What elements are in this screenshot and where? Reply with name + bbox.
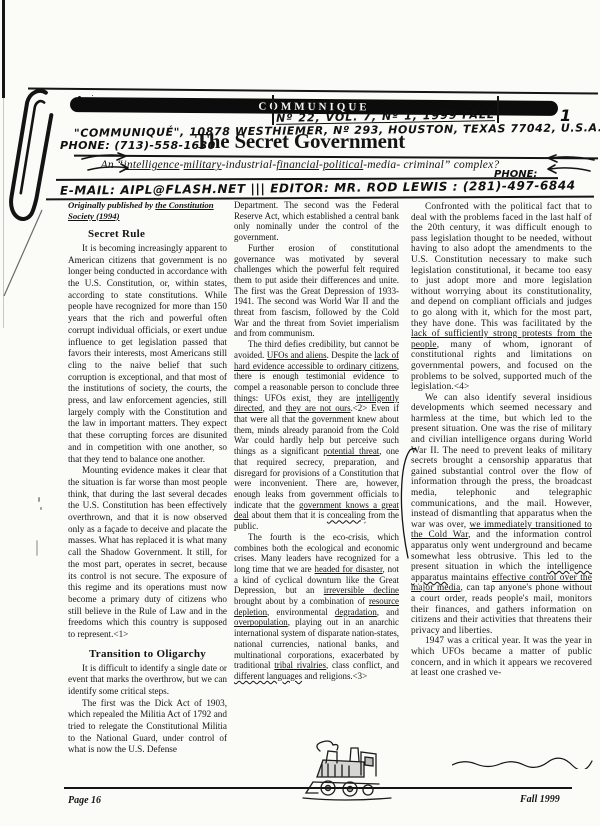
annotated-text: irreversible decline: [324, 585, 399, 595]
body-text: We can also identify several insidious d…: [411, 393, 592, 530]
footer-rule: [64, 787, 572, 789]
body-text: brought about by a combination of: [234, 596, 369, 606]
article-column-2: Department. The second was the Federal R…: [234, 200, 399, 778]
body-text: , class conflict, and: [326, 660, 399, 670]
body-text: The first was the Dick Act of 1903, whic…: [68, 698, 227, 755]
body-text: -media- criminal” complex?: [363, 159, 499, 171]
paragraph: The first was the Dick Act of 1903, whic…: [68, 698, 227, 757]
body-text: Mounting evidence makes it clear that th…: [68, 465, 227, 639]
footer-page-number: Page 16: [68, 795, 101, 806]
issue-box-right-tick: [497, 96, 499, 123]
article-title: The Secret Government: [195, 129, 405, 154]
scan-speck: [38, 497, 40, 502]
body-text: Further erosion of constitutional govern…: [234, 243, 399, 339]
body-text: , environmental: [267, 607, 335, 617]
paragraph: 1947 was a critical year. It was the yea…: [411, 636, 592, 678]
annotated-text: intelligence: [123, 159, 179, 171]
body-text: and religions.<3>: [302, 671, 367, 681]
phone-handwritten: PHONE: (713)-558-1630: [60, 139, 216, 152]
byline: Originally published by the Constitution…: [68, 200, 227, 221]
body-text: -industrial-: [222, 159, 277, 171]
body-text: 1947 was a critical year. It was the yea…: [411, 636, 592, 678]
body-text: , and: [263, 403, 286, 413]
annotated-text: concealing: [327, 510, 365, 520]
body-text: about them that it is: [249, 510, 327, 520]
body-text: , and: [377, 607, 399, 617]
scan-speck: [36, 540, 38, 556]
body-text: , many of whom, ignorant of constitution…: [411, 340, 592, 392]
annotated-text: potential threat: [323, 446, 379, 456]
paragraph: It is becoming increasingly apparent to …: [68, 243, 227, 465]
annotated-text: tribal rivalries: [274, 660, 326, 670]
scan-speck: [40, 507, 42, 510]
body-text: It is difficult to identify a single dat…: [68, 663, 227, 696]
body-text: Originally published by: [68, 200, 155, 210]
paragraph: We can also identify several insidious d…: [411, 393, 592, 637]
wavy-flourish-icon: [452, 757, 594, 769]
annotated-text: degradation: [335, 607, 377, 617]
annotated-text: they are not ours: [286, 403, 351, 413]
paragraph: Department. The second was the Federal R…: [234, 200, 399, 243]
paragraph: The fourth is the eco-crisis, which comb…: [234, 532, 399, 682]
paragraph: The third defies credibility, but cannot…: [234, 339, 399, 532]
annotated-text: financial: [276, 159, 319, 171]
paragraph: Further erosion of constitutional govern…: [234, 243, 399, 339]
body-text: Confronted with the political fact that …: [411, 202, 592, 329]
article-column-3: Confronted with the political fact that …: [411, 202, 592, 780]
body-text: Department. The second was the Federal R…: [234, 200, 399, 242]
masthead-top-rule: [28, 88, 598, 95]
body-text: . Despite the: [327, 350, 375, 360]
annotated-text: different languages: [234, 671, 302, 681]
margin-bracket-icon: [398, 448, 416, 562]
annotated-text: overpopulation: [234, 617, 288, 627]
body-text: It is becoming increasingly apparent to …: [68, 243, 227, 464]
annotated-text: political: [323, 159, 363, 171]
annotated-text: UFOs and aliens: [267, 350, 327, 360]
paragraph: Mounting evidence makes it clear that th…: [68, 465, 227, 641]
body-text: An “: [101, 159, 124, 171]
issue-box-left-tick: [272, 95, 274, 125]
contact-handwritten: E-MAIL: AIPL@FLASH.NET ||| EDITOR: MR. R…: [60, 178, 576, 197]
locomotive-stamp-icon: [298, 740, 394, 802]
annotated-text: headed for disaster: [315, 564, 383, 574]
hand-arrows-left-icon: [536, 154, 596, 178]
page-edge-line: [2, 0, 5, 98]
section-heading: Transition to Oligarchy: [68, 649, 227, 661]
body-text: maintains: [448, 573, 492, 583]
footer-issue-label: Fall 1999: [520, 794, 560, 805]
scanned-newsletter-page: COMMUNIQUE Nº 22, VOL. 7, Nº 1, 1999 FAL…: [0, 0, 600, 826]
pencil-line-doodle: [0, 208, 46, 300]
annotated-text: military: [184, 159, 222, 171]
section-heading: Secret Rule: [68, 229, 227, 241]
paragraph: It is difficult to identify a single dat…: [68, 663, 227, 698]
paragraph: Confronted with the political fact that …: [411, 202, 592, 393]
article-column-1: Originally published by the Constitution…: [68, 200, 227, 778]
